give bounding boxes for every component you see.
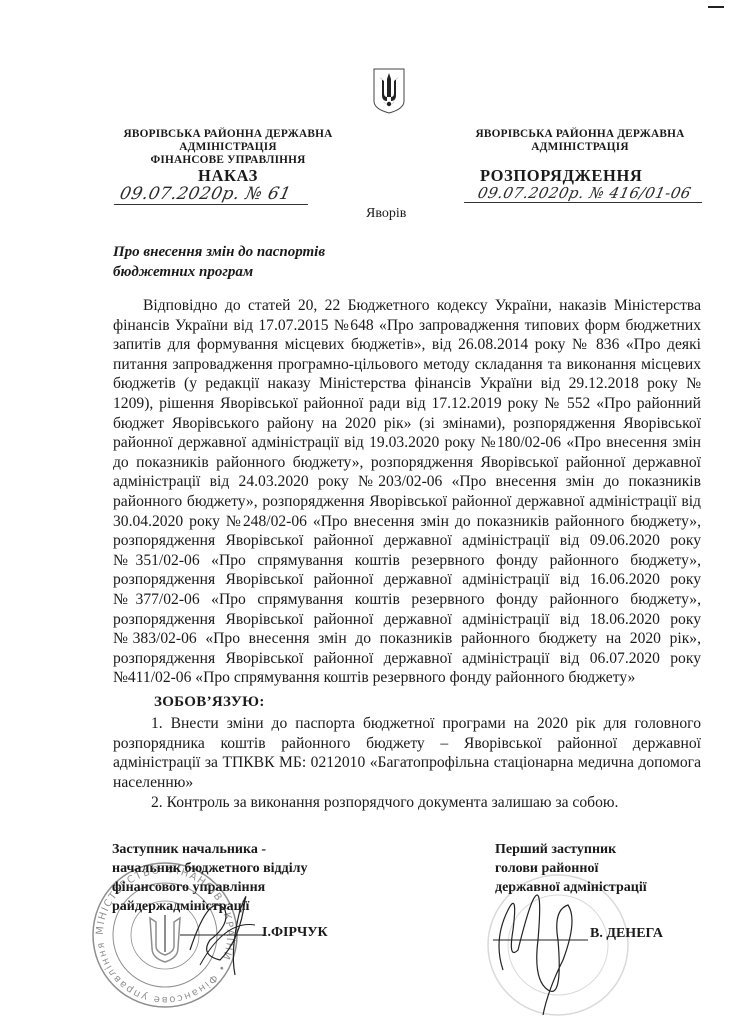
left-signer-title-line2: начальник бюджетного відділу: [112, 859, 352, 878]
right-handwritten-date-number: 09.07.2020р. № 416/01-06: [464, 184, 706, 203]
corner-mark: [708, 6, 724, 8]
order-item-2: 2. Контроль за виконання розпорядчого до…: [113, 793, 701, 813]
preamble-paragraph: Відповідно до статей 20, 22 Бюджетного к…: [113, 296, 701, 688]
right-doc-type: РОЗПОРЯДЖЕННЯ: [480, 166, 630, 186]
left-doc-type: НАКАЗ: [128, 166, 328, 186]
oblige-heading: ЗОБОВ’ЯЗУЮ:: [154, 694, 265, 711]
left-issuer-line2: АДМІНІСТРАЦІЯ: [110, 141, 346, 154]
left-issuer-header: ЯВОРІВСЬКА РАЙОННА ДЕРЖАВНА АДМІНІСТРАЦІ…: [110, 128, 346, 167]
order-item-2-text: 2. Контроль за виконання розпорядчого до…: [151, 794, 618, 811]
right-signer-title-line1: Перший заступник: [495, 840, 695, 859]
handwritten-signature-right-icon: [488, 880, 598, 1020]
right-signer-title-line2: голови районної: [495, 859, 695, 878]
subject-line2: бюджетних програм: [113, 262, 393, 282]
left-issuer-line1: ЯВОРІВСЬКА РАЙОННА ДЕРЖАВНА: [110, 128, 346, 141]
ukraine-coat-of-arms-icon: [372, 67, 406, 115]
order-item-1-text: 1. Внести зміни до паспорта бюджетної пр…: [113, 715, 701, 791]
subject-line1: Про внесення змін до паспортів: [113, 242, 393, 262]
right-issuer-line2: АДМІНІСТРАЦІЯ: [448, 141, 712, 154]
document-subject: Про внесення змін до паспортів бюджетних…: [113, 242, 393, 282]
left-handwritten-date-number: 09.07.2020р. № 61: [114, 184, 312, 205]
right-signer-name: В. ДЕНЕГА: [590, 926, 663, 942]
handwritten-signature-left-icon: [170, 880, 280, 990]
order-item-1: 1. Внести зміни до паспорта бюджетної пр…: [113, 714, 701, 792]
right-issuer-header: ЯВОРІВСЬКА РАЙОННА ДЕРЖАВНА АДМІНІСТРАЦІ…: [448, 128, 712, 154]
city: Яворів: [366, 206, 406, 222]
left-signer-title-line1: Заступник начальника -: [112, 840, 352, 859]
preamble-text: Відповідно до статей 20, 22 Бюджетного к…: [113, 297, 701, 686]
right-issuer-line1: ЯВОРІВСЬКА РАЙОННА ДЕРЖАВНА: [448, 128, 712, 141]
